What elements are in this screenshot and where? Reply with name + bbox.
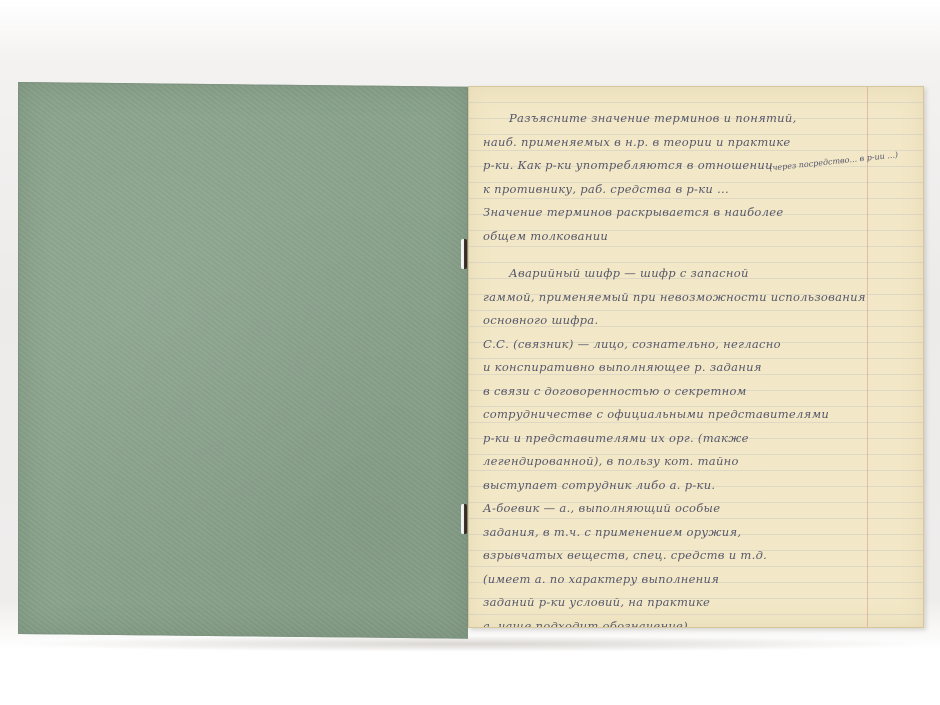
text-line: Аварийный шифр — шифр с запасной bbox=[483, 262, 923, 286]
text-line: заданий р-ки условий, на практике bbox=[483, 591, 923, 615]
text-line: (имеет а. по характеру выполнения bbox=[483, 568, 923, 592]
text-line: Разъясните значение терминов и понятий, bbox=[483, 107, 923, 131]
notebook-cover bbox=[18, 82, 468, 639]
text-line: наиб. применяемых в н.р. в теории и прак… bbox=[483, 131, 923, 155]
text-line: задания, в т.ч. с применением оружия, bbox=[483, 521, 923, 545]
text-line: к противнику, раб. средства в р-ки ... bbox=[483, 178, 923, 202]
text-line: выступает сотрудник либо а. р-ки. bbox=[483, 474, 923, 498]
text-line: общем толковании bbox=[483, 225, 923, 249]
handwritten-text: Разъясните значение терминов и понятий, … bbox=[483, 107, 923, 628]
text-line: взрывчатых веществ, спец. средств и т.д. bbox=[483, 544, 923, 568]
notebook-shadow bbox=[14, 636, 929, 652]
text-line: р-ки. Как р-ки употребляются в отношении bbox=[483, 154, 923, 178]
text-line: А-боевик — а., выполняющий особые bbox=[483, 497, 923, 521]
text-line: легендированной), в пользу кот. тайно bbox=[483, 450, 923, 474]
text-line: в связи с договоренностью о секретном bbox=[483, 380, 923, 404]
text-line: а. чаще подходит обозначение) bbox=[483, 615, 923, 629]
text-line: Значение терминов раскрывается в наиболе… bbox=[483, 201, 923, 225]
text-line: гаммой, применяемый при невозможности ис… bbox=[483, 286, 923, 310]
text-line: основного шифра. bbox=[483, 309, 923, 333]
paragraph-gap bbox=[483, 248, 923, 262]
staple-icon bbox=[461, 239, 467, 269]
text-line: С.С. (связник) — лицо, сознательно, негл… bbox=[483, 333, 923, 357]
text-line: р-ки и представителями их орг. (также bbox=[483, 427, 923, 451]
notebook-page: (через посредство... в р-ии ...) Разъясн… bbox=[468, 86, 924, 628]
staple-icon bbox=[461, 504, 467, 534]
photo-stage: (через посредство... в р-ии ...) Разъясн… bbox=[0, 0, 940, 705]
text-line: сотрудничестве с официальными представит… bbox=[483, 403, 923, 427]
text-line: и конспиративно выполняющее р. задания bbox=[483, 356, 923, 380]
